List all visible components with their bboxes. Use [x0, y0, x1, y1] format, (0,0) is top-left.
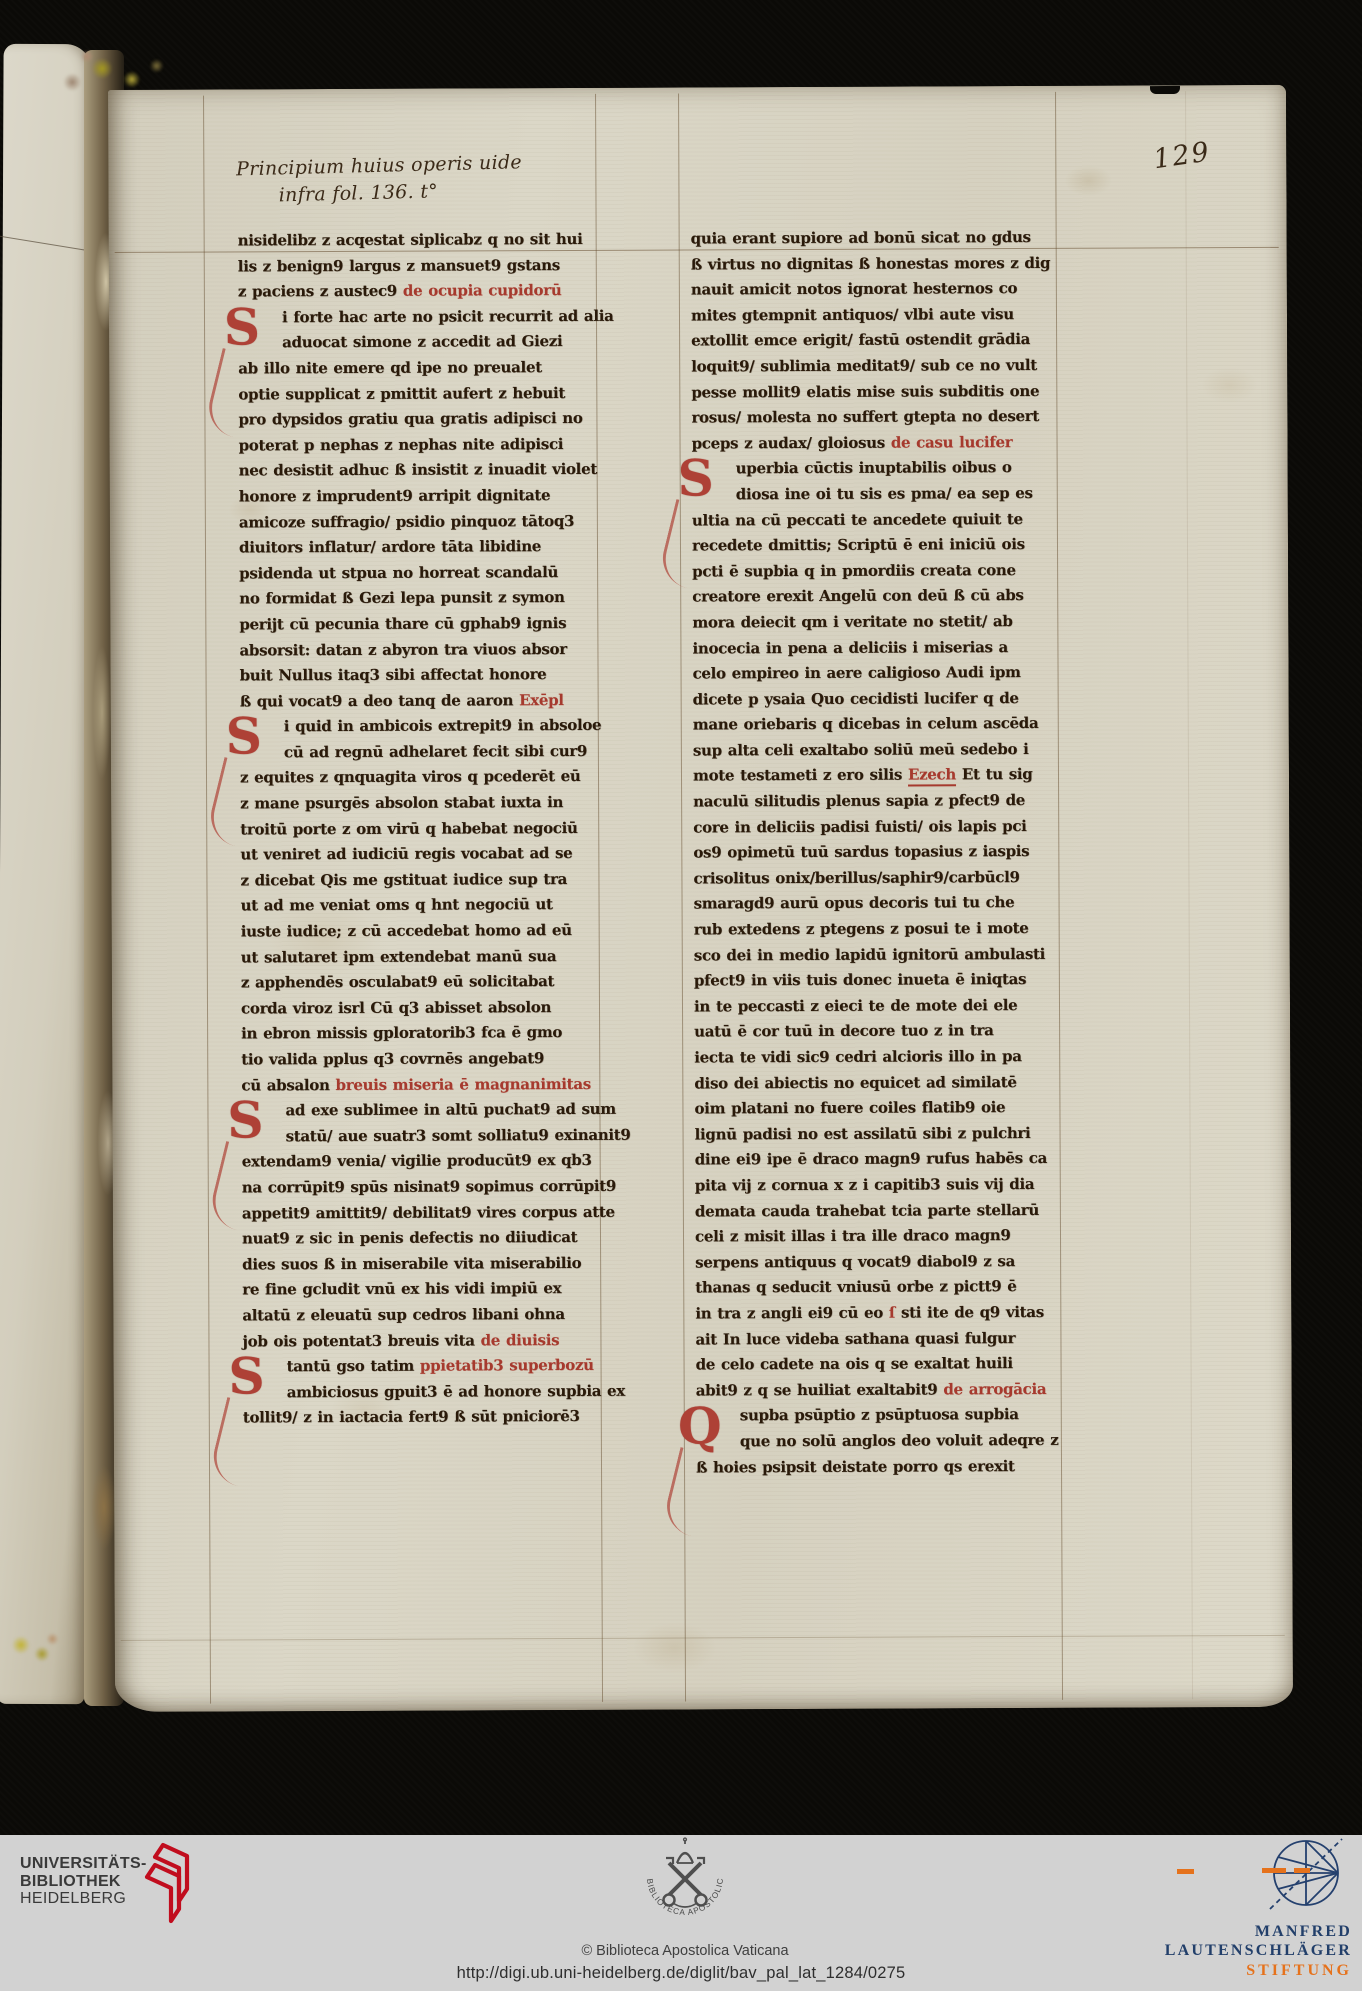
manuscript-text-line: tollit9/ z in iactacia fert9 ß sūt pnici…: [243, 1407, 617, 1434]
body-text: z apphendēs osculabat9 eū solicitabat: [241, 972, 554, 991]
manuscript-text-line: z apphendēs osculabat9 eū solicitabat: [241, 972, 615, 999]
body-text: mane oriebaris q dicebas in celum ascēda: [693, 714, 1039, 734]
rubric-text: breuis miseria ē magnanimitas: [335, 1074, 590, 1093]
body-text: nec desistit adhuc ß insistit z inuadit …: [239, 460, 597, 480]
body-text: appetit9 amittit9/ debilitat9 vires corp…: [242, 1202, 615, 1222]
manuscript-text-line: celi z misit illas i tra ille draco magn…: [695, 1226, 1069, 1253]
ml-orange-dash: [1294, 1868, 1310, 1873]
manuscript-text-line: ait In luce videba sathana quasi fulgur: [695, 1328, 1069, 1355]
body-text: tollit9/ z in iactacia fert9 ß sūt pnici…: [243, 1407, 580, 1426]
manuscript-text-line: perijt cū pecunia thare cū gphab9 ignis: [239, 614, 613, 641]
footer-bar: UNIVERSITÄTS- BIBLIOTHEK HEIDELBERG: [0, 1835, 1362, 1991]
body-text: thanas q seducit vniusū orbe z pictt9 ē: [695, 1277, 1016, 1296]
manuscript-text-line: ambiciosus gpuit3 ē ad honore supbia ex: [243, 1382, 617, 1409]
body-text: dicete p ysaia Quo cecidisti lucifer q d…: [693, 689, 1019, 708]
illuminated-initial: S: [221, 1097, 269, 1145]
manuscript-text-line: rub extedens z ptegens z posui te i mote: [694, 919, 1068, 946]
manuscript-text-line: pcti ē supbia q in pmordiis creata cone: [692, 561, 1066, 588]
manuscript-text-line: tio valida pplus q3 covrnēs angebat9: [241, 1049, 615, 1076]
manuscript-text-line: aduocat simone z accedit ad Giezi: [238, 332, 612, 359]
manuscript-text-line: mote testameti z ero silis Ezech Et tu s…: [693, 765, 1067, 792]
body-text: pfect9 in viis tuis donec inueta ē iniqt…: [694, 970, 1026, 989]
body-text: rosus/ molesta no suffert gtepta no dese…: [691, 407, 1039, 427]
illuminated-initial: Q: [676, 1402, 724, 1450]
manuscript-text-line: optie supplicat z pmittit aufert z hebui…: [238, 383, 612, 410]
manuscript-text-line: extollit emce erigit/ fastū ostendit grā…: [691, 330, 1065, 357]
body-text: rub extedens z ptegens z posui te i mote: [694, 919, 1029, 938]
body-text: nauit amicit notos ignorat hesternos co: [691, 279, 1017, 298]
manuscript-text-line: diso dei abiectis no equicet ad similatē: [694, 1072, 1068, 1099]
manuscript-text-line: poterat p nephas z nephas nite adipisci: [239, 435, 613, 462]
body-text: ß qui vocat9 a deo tanq de aaron: [240, 691, 519, 710]
manuscript-text-line: mites gtempnit antiquos/ vlbi aute visu: [691, 305, 1065, 332]
manuscript-text-line: nisidelibz z acqestat siplicabz q no sit…: [238, 230, 612, 257]
body-text: perijt cū pecunia thare cū gphab9 ignis: [239, 614, 566, 633]
manuscript-text-line: thanas q seducit vniusū orbe z pictt9 ē: [695, 1277, 1069, 1304]
body-text: dies suos ß in miserabile vita miserabil…: [242, 1254, 581, 1273]
manuscript-text-line: naculū silitudis plenus sapia z pfect9 d…: [693, 791, 1067, 818]
body-text: ut salutaret ipm extendebat manū sua: [241, 947, 557, 966]
body-text: in te peccasti z eieci te de mote dei el…: [694, 996, 1017, 1015]
manuscript-text-line: z dicebat Qis me gstituat iudice sup tra: [240, 870, 614, 897]
manuscript-page: Principium huius operis uide infra fol. …: [108, 85, 1293, 1712]
manuscript-text-line: appetit9 amittit9/ debilitat9 vires corp…: [242, 1202, 616, 1229]
manuscript-text-line: honore z imprudent9 arripit dignitate: [239, 486, 613, 513]
body-text: absorsit: datan z abyron tra viuos absor: [239, 640, 566, 659]
initial-flourish-tail: [207, 1397, 257, 1486]
body-text: statū/ aue suatr3 somt solliatu9 exinani…: [286, 1126, 631, 1146]
body-text: lis z benign9 largus z mansuet9 gstans: [238, 256, 560, 275]
manuscript-text-line: z paciens z austec9 de ocupia cupidorū: [238, 281, 612, 308]
manuscript-text-line: ut ad me veniat oms q hnt negociū ut: [241, 895, 615, 922]
rubric-text: de ocupia cupidorū: [403, 281, 562, 300]
body-text: inocecia in pena a deliciis i miserias a: [692, 638, 1008, 657]
manuscript-text-line: pceps z audax/ gloiosus de casu lucifer: [692, 433, 1066, 460]
header-annotation-line2: infra fol. 136. t°: [278, 178, 522, 206]
manuscript-text-line: serpens antiquus q vocat9 diabol9 z sa: [695, 1252, 1069, 1279]
ub-logo-line3: HEIDELBERG: [20, 1890, 147, 1908]
manuscript-text-line: nauit amicit notos ignorat hesternos co: [691, 279, 1065, 306]
manuscript-text-line: i quid in ambicois extrepit9 in absoloe: [240, 716, 614, 743]
body-text: amicoze suffragio/ psidio pinquoz tātoq3: [239, 512, 574, 531]
body-text: i forte hac arte no psicit recurrit ad a…: [282, 307, 614, 326]
ml-globe-icon: [1268, 1837, 1344, 1918]
manuscript-text-line: corda viroz isrl Cū q3 abisset absolon: [241, 998, 615, 1025]
manuscript-text-line: ß virtus no dignitas ß honestas mores z …: [691, 253, 1065, 280]
manuscript-text-line: z equites z qnquagita viros q pcederēt e…: [240, 767, 614, 794]
manuscript-text-line: pro dypsidos gratiu qua gratis adipisci …: [238, 409, 612, 436]
ub-heidelberg-logo-text: UNIVERSITÄTS- BIBLIOTHEK HEIDELBERG: [20, 1855, 147, 1908]
body-text: smaragd9 aurū opus decoris tui tu che: [694, 893, 1015, 912]
manuscript-text-line: buit Nullus itaq3 sibi affectat honore: [240, 665, 614, 692]
body-text: cū ad regnū adhelaret fecit sibi cur9: [284, 742, 587, 761]
previous-leaf-edge: [0, 44, 92, 1704]
body-text: core in deliciis padisi fuisti/ ois lapi…: [693, 817, 1026, 836]
manuscript-text-line: sup alta celi exaltabo soliū meū sedebo …: [693, 740, 1067, 767]
body-text: no formidat ß Gezi lepa punsit z symon: [239, 588, 564, 607]
body-text: ad exe sublimee in altū puchat9 ad sum: [285, 1100, 615, 1119]
vatican-copyright-caption: © Biblioteca Apostolica Vaticana: [490, 1943, 880, 1959]
manuscript-text-line: quia erant supiore ad bonū sicat no gdus: [691, 228, 1065, 255]
ml-logo-line1: MANFRED: [1255, 1923, 1352, 1941]
body-text: in ebron missis gploratorib3 fca ē gmo: [241, 1023, 562, 1042]
manuscript-text-line: na corrūpit9 spūs nisinat9 sopimus corrū…: [242, 1177, 616, 1204]
body-text: dine ei9 ipe ē draco magn9 rufus habēs c…: [695, 1149, 1047, 1169]
manuscript-text-line: psidenda ut stpua no horreat scandalū: [239, 563, 613, 590]
body-text: z dicebat Qis me gstituat iudice sup tra: [240, 870, 567, 889]
manuscript-text-line: supba psūptio z psūptuosa supbia: [696, 1405, 1070, 1432]
header-annotation: Principium huius operis uide infra fol. …: [236, 151, 523, 207]
endband-threads-bottom: [0, 1618, 70, 1678]
rubric-text: de arrogācia: [943, 1380, 1046, 1398]
ml-orange-dash: [1177, 1869, 1194, 1874]
manuscript-text-line: dicete p ysaia Quo cecidisti lucifer q d…: [693, 689, 1067, 716]
body-text: ß virtus no dignitas ß honestas mores z …: [691, 253, 1050, 273]
body-text: ut ad me veniat oms q hnt negociū ut: [241, 896, 553, 915]
manuscript-text-line: cū absalon breuis miseria ē magnanimitas: [241, 1074, 615, 1101]
svg-text:BIBLIOTECA APOSTOLICA VATICANA: BIBLIOTECA APOSTOLICA VATICANA: [633, 1837, 725, 1917]
manuscript-text-line: ß qui vocat9 a deo tanq de aaron Exēpl: [240, 690, 614, 717]
body-text: corda viroz isrl Cū q3 abisset absolon: [241, 998, 551, 1017]
body-text: ab illo nite emere qd ipe no preualet: [238, 358, 542, 377]
manuscript-text-line: mane oriebaris q dicebas in celum ascēda: [693, 714, 1067, 741]
body-text: optie supplicat z pmittit aufert z hebui…: [238, 384, 565, 403]
body-text: altatū z eleuatū sup cedros libani ohna: [242, 1305, 564, 1324]
body-text: pesse mollit9 elatis mise suis subditis …: [691, 382, 1039, 402]
manuscript-text-line: in ebron missis gploratorib3 fca ē gmo: [241, 1023, 615, 1050]
body-text: extollit emce erigit/ fastū ostendit grā…: [691, 330, 1030, 349]
body-text: z equites z qnquagita viros q pcederēt e…: [240, 767, 581, 786]
ruling-line-vertical: [203, 96, 211, 1704]
manuscript-text-line: ab illo nite emere qd ipe no preualet: [238, 358, 612, 385]
manuscript-text-line: z mane psurgēs absolon stabat iuxta in: [240, 793, 614, 820]
manuscript-text-line: troitū porte z om virū q habebat negociū: [240, 818, 614, 845]
manuscript-text-line: dies suos ß in miserabile vita miserabil…: [242, 1254, 616, 1281]
body-text: ultia na cū peccati te ancedete quiuit t…: [692, 510, 1023, 529]
body-text: psidenda ut stpua no horreat scandalū: [239, 563, 558, 582]
body-text: diosa ine oi tu sis es pma/ ea sep es: [736, 484, 1033, 503]
manuscript-text-line: celo empireo in aere caligioso Audi ipm: [693, 663, 1067, 690]
body-text: mora deiecit qm i veritate no stetit/ ab: [692, 612, 1012, 631]
manuscript-text-line: recedete dmittis; Scriptū ē eni iniciū o…: [692, 535, 1066, 562]
body-text: iecta te vidi sic9 cedri alcioris illo i…: [694, 1047, 1021, 1066]
body-text: ß hoies psipsit deistate porro qs erexit: [696, 1457, 1015, 1476]
body-text: iuste iudice; z cū accedebat homo ad eū: [241, 921, 572, 940]
manuscript-text-line: diuitors inflatur/ ardore tāta libidine: [239, 537, 613, 564]
manuscript-text-line: iecta te vidi sic9 cedri alcioris illo i…: [694, 1047, 1068, 1074]
body-text: sti ite de q9 vitas: [895, 1303, 1044, 1322]
illuminated-initial: S: [220, 713, 268, 761]
body-text: poterat p nephas z nephas nite adipisci: [239, 435, 564, 454]
manuscript-text-line: ut salutaret ipm extendebat manū sua: [241, 946, 615, 973]
body-text: nisidelibz z acqestat siplicabz q no sit…: [238, 230, 583, 250]
body-text: ait In luce videba sathana quasi fulgur: [695, 1329, 1015, 1348]
ml-orange-dash: [1262, 1868, 1286, 1873]
manuscript-text-line: core in deliciis padisi fuisti/ ois lapi…: [693, 816, 1067, 843]
vatican-seal-icon: BIBLIOTECA APOSTOLICA VATICANA: [633, 1837, 737, 1946]
page-edge-notch: [1150, 86, 1180, 94]
body-text: uperbia cūctis inuptabilis oibus o: [736, 458, 1012, 477]
body-text: crisolitus onix/berillus/saphir9/carbūcl…: [693, 868, 1019, 887]
manuscript-text-line: amicoze suffragio/ psidio pinquoz tātoq3: [239, 511, 613, 538]
body-text: loquit9/ sublimia meditat9/ sub ce no vu…: [691, 356, 1037, 376]
manuscript-text-line: inocecia in pena a deliciis i miserias a: [692, 637, 1066, 664]
body-text: naculū silitudis plenus sapia z pfect9 d…: [693, 791, 1025, 810]
manuscript-text-line: iuste iudice; z cū accedebat homo ad eū: [241, 921, 615, 948]
manuscript-text-line: que no solū anglos deo voluit adeqre z: [696, 1431, 1070, 1458]
body-text: pceps z audax/ gloiosus: [692, 433, 891, 452]
manuscript-text-line: tantū gso tatim ppietatib3 superbozū: [243, 1356, 617, 1383]
body-text: oim platani no fuere coiles flatib9 oie: [694, 1098, 1005, 1117]
body-text: supba psūptio z psūptuosa supbia: [740, 1405, 1019, 1424]
body-text: mites gtempnit antiquos/ vlbi aute visu: [691, 305, 1014, 324]
body-text: troitū porte z om virū q habebat negociū: [240, 819, 577, 838]
body-text: celi z misit illas i tra ille draco magn…: [695, 1226, 1011, 1245]
body-text: sco dei in medio lapidū ignitorū ambulas…: [694, 945, 1045, 965]
body-text: tantū gso tatim: [287, 1357, 420, 1376]
ruling-line-horizontal: [121, 1635, 1285, 1641]
ml-logo-line3: STIFTUNG: [1246, 1962, 1352, 1980]
body-text: aduocat simone z accedit ad Giezi: [282, 332, 562, 351]
photographic-background: Principium huius operis uide infra fol. …: [0, 0, 1362, 1991]
manuscript-text-line: pfect9 in viis tuis donec inueta ē iniqt…: [694, 970, 1068, 997]
manuscript-text-line: in te peccasti z eieci te de mote dei el…: [694, 996, 1068, 1023]
body-text: buit Nullus itaq3 sibi affectat honore: [240, 665, 547, 684]
body-text: diso dei abiectis no equicet ad similatē: [694, 1073, 1016, 1092]
manuscript-text-line: ad exe sublimee in altū puchat9 ad sum: [241, 1100, 615, 1127]
illuminated-initial: S: [223, 1353, 271, 1401]
body-text: tio valida pplus q3 covrnēs angebat9: [241, 1049, 544, 1068]
body-text: sup alta celi exaltabo soliū meū sedebo …: [693, 740, 1029, 759]
manuscript-text-line: de celo cadete na ois q se exaltat huili: [696, 1354, 1070, 1381]
manuscript-text-line: os9 opimetū tuū sardus topasius z iaspis: [693, 842, 1067, 869]
manuscript-text-line: loquit9/ sublimia meditat9/ sub ce no vu…: [691, 356, 1065, 383]
body-text: abit9 z q se huiliat exaltabit9: [696, 1380, 944, 1399]
manuscript-text-line: diosa ine oi tu sis es pma/ ea sep es: [692, 484, 1066, 511]
body-text: pita vij z cornua x z i capitib3 suis vi…: [695, 1175, 1035, 1194]
rubric-text: Exēpl: [519, 691, 564, 709]
rubric-text: Ezech: [908, 766, 956, 787]
manuscript-text-line: re fine gcludit vnū ex his vidi impiū ex: [242, 1279, 616, 1306]
manuscript-text-line: smaragd9 aurū opus decoris tui tu che: [694, 893, 1068, 920]
manuscript-text-line: dine ei9 ipe ē draco magn9 rufus habēs c…: [695, 1149, 1069, 1176]
manuscript-text-line: demata cauda trahebat tcia parte stellar…: [695, 1200, 1069, 1227]
manuscript-text-line: i forte hac arte no psicit recurrit ad a…: [238, 307, 612, 334]
vatican-seal-curved-text: BIBLIOTECA APOSTOLICA VATICANA: [633, 1837, 725, 1917]
manuscript-text-line: pita vij z cornua x z i capitib3 suis vi…: [695, 1175, 1069, 1202]
rubric-text: de casu lucifer: [891, 433, 1013, 452]
manuscript-text-line: ß hoies psipsit deistate porro qs erexit: [696, 1456, 1070, 1483]
manuscript-text-line: creatore erexit Angelū con deū ß cū abs: [692, 586, 1066, 613]
manuscript-text-line: absorsit: datan z abyron tra viuos absor: [239, 639, 613, 666]
manuscript-text-line: job ois potentat3 breuis vita de diuisis: [242, 1330, 616, 1357]
manuscript-column-left: nisidelibz z acqestat siplicabz q no sit…: [238, 230, 617, 1435]
manuscript-text-line: altatū z eleuatū sup cedros libani ohna: [242, 1305, 616, 1332]
manuscript-text-line: rosus/ molesta no suffert gtepta no dese…: [691, 407, 1065, 434]
manuscript-text-line: nec desistit adhuc ß insistit z inuadit …: [239, 460, 613, 487]
manuscript-text-line: pesse mollit9 elatis mise suis subditis …: [691, 381, 1065, 408]
manuscript-text-line: mora deiecit qm i veritate no stetit/ ab: [692, 612, 1066, 639]
body-text: pcti ē supbia q in pmordiis creata cone: [692, 561, 1016, 580]
body-text: diuitors inflatur/ ardore tāta libidine: [239, 537, 541, 556]
body-text: z mane psurgēs absolon stabat iuxta in: [240, 793, 563, 812]
header-annotation-line1: Principium huius operis uide: [236, 151, 522, 180]
manuscript-text-line: lis z benign9 largus z mansuet9 gstans: [238, 255, 612, 282]
manuscript-text-line: statū/ aue suatr3 somt solliatu9 exinani…: [242, 1126, 616, 1153]
body-text: os9 opimetū tuū sardus topasius z iaspis: [693, 842, 1029, 861]
manuscript-text-line: lignū padisi no est assilatū sibi z pulc…: [695, 1124, 1069, 1151]
manuscript-text-line: uperbia cūctis inuptabilis oibus o: [692, 458, 1066, 485]
body-text: Et tu sig: [956, 765, 1033, 783]
manuscript-text-line: sco dei in medio lapidū ignitorū ambulas…: [694, 944, 1068, 971]
body-text: job ois potentat3 breuis vita: [242, 1331, 480, 1350]
manuscript-text-line: oim platani no fuere coiles flatib9 oie: [694, 1098, 1068, 1125]
illuminated-initial: S: [218, 303, 266, 351]
body-text: creatore erexit Angelū con deū ß cū abs: [692, 586, 1023, 605]
folio-number: 129: [1151, 136, 1212, 175]
body-text: serpens antiquus q vocat9 diabol9 z sa: [695, 1252, 1015, 1271]
body-text: i quid in ambicois extrepit9 in absoloe: [284, 716, 602, 735]
body-text: extendam9 venia/ vigilie producūt9 ex qb…: [242, 1151, 592, 1171]
body-text: demata cauda trahebat tcia parte stellar…: [695, 1201, 1039, 1221]
body-text: nuat9 z sic in penis defectis no diiudic…: [242, 1228, 577, 1247]
initial-flourish-tail: [661, 1447, 711, 1536]
body-text: in tra z angli ei9 cū eo: [695, 1304, 889, 1323]
manuscript-text-line: crisolitus onix/berillus/saphir9/carbūcl…: [693, 868, 1067, 895]
manuscript-text-line: cū ad regnū adhelaret fecit sibi cur9: [240, 742, 614, 769]
body-text: mote testameti z ero silis: [693, 766, 908, 785]
body-text: re fine gcludit vnū ex his vidi impiū ex: [242, 1279, 561, 1298]
manuscript-text-line: extendam9 venia/ vigilie producūt9 ex qb…: [242, 1151, 616, 1178]
body-text: pro dypsidos gratiu qua gratis adipisci …: [238, 409, 582, 429]
body-text: de celo cadete na ois q se exaltat huili: [696, 1354, 1013, 1373]
rubric-text: ppietatib3 superbozū: [420, 1356, 594, 1375]
body-text: recedete dmittis; Scriptū ē eni iniciū o…: [692, 535, 1025, 554]
manuscript-text-line: nuat9 z sic in penis defectis no diiudic…: [242, 1228, 616, 1255]
manuscript-text-line: abit9 z q se huiliat exaltabit9 de arrog…: [696, 1380, 1070, 1407]
ub-logo-line1: UNIVERSITÄTS-: [20, 1855, 147, 1873]
manuscript-text-line: ut veniret ad iudiciū regis vocabat ad s…: [240, 844, 614, 871]
body-text: que no solū anglos deo voluit adeqre z: [740, 1431, 1059, 1450]
manuscript-text-line: no formidat ß Gezi lepa punsit z symon: [239, 588, 613, 615]
ub-heidelberg-book-icon: [142, 1841, 202, 1932]
lautenschlaeger-stiftung-block: MANFRED LAUTENSCHLÄGER STIFTUNG: [1150, 1835, 1362, 1991]
body-text: ambiciosus gpuit3 ē ad honore supbia ex: [287, 1381, 625, 1400]
ub-logo-line2: BIBLIOTHEK: [20, 1873, 147, 1891]
body-text: z paciens z austec9: [238, 282, 403, 301]
body-text: honore z imprudent9 arripit dignitate: [239, 486, 551, 505]
body-text: celo empireo in aere caligioso Audi ipm: [693, 663, 1021, 682]
manuscript-text-line: uatū ē cor tuū in decore tuo z in tra: [694, 1021, 1068, 1048]
body-text: lignū padisi no est assilatū sibi z pulc…: [695, 1124, 1031, 1143]
ruling-line-vertical: [1185, 91, 1193, 1699]
ml-logo-line2: LAUTENSCHLÄGER: [1165, 1942, 1352, 1960]
body-text: ut veniret ad iudiciū regis vocabat ad s…: [240, 844, 572, 863]
rubric-text: de diuisis: [481, 1331, 560, 1349]
body-text: uatū ē cor tuū in decore tuo z in tra: [694, 1022, 993, 1041]
body-text: na corrūpit9 spūs nisinat9 sopimus corrū…: [242, 1177, 616, 1197]
illuminated-initial: S: [672, 455, 720, 503]
manuscript-column-right: quia erant supiore ad bonū sicat no gdus…: [691, 228, 1070, 1484]
manuscript-text-line: ultia na cū peccati te ancedete quiuit t…: [692, 509, 1066, 536]
manuscript-text-line: in tra z angli ei9 cū eo ſ sti ite de q9…: [695, 1303, 1069, 1330]
body-text: quia erant supiore ad bonū sicat no gdus: [691, 228, 1031, 247]
